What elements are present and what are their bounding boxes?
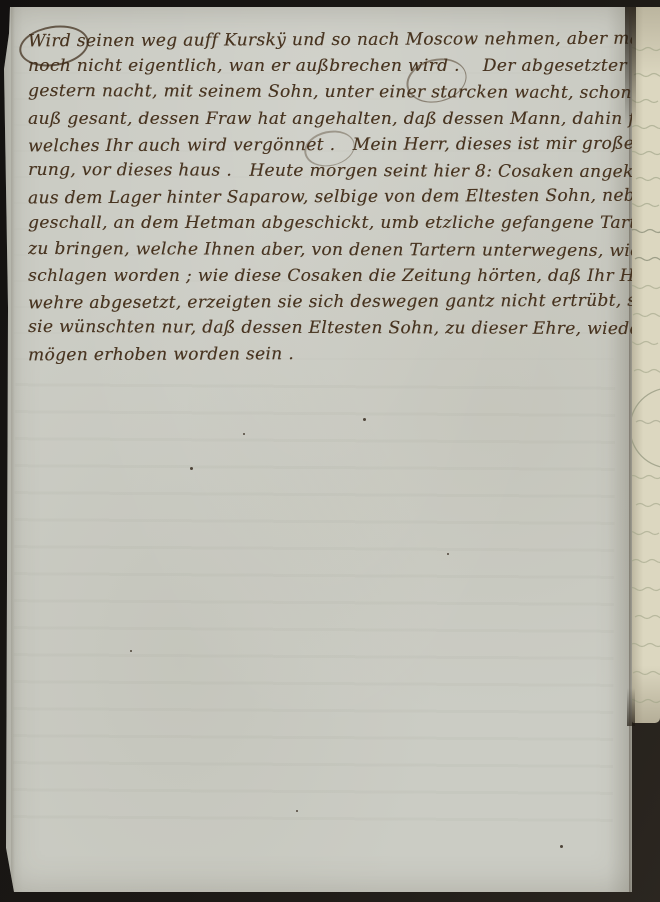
ink-speck: [130, 650, 132, 652]
text-line: schlagen worden ; wie diese Cosaken die …: [28, 263, 632, 289]
bleedthrough-lines: [13, 365, 616, 839]
text-line: gestern nacht, mit seinem Sohn, unter ei…: [28, 78, 632, 106]
ink-speck: [190, 467, 193, 470]
ink-speck: [296, 810, 298, 812]
ink-speck: [363, 418, 366, 421]
text-line: geschall, an dem Hetman abgeschickt, umb…: [28, 210, 632, 236]
text-line: sie wünschten nur, daß dessen Eltesten S…: [28, 314, 632, 342]
manuscript-page: Wird seinen weg auff Kurskÿ und so nach …: [4, 7, 632, 892]
text-line: zu bringen, welche Ihnen aber, von denen…: [28, 235, 632, 263]
text-line: Wird seinen weg auff Kurskÿ und so nach …: [28, 27, 632, 55]
page-edge: [629, 7, 632, 892]
text-line: noch nicht eigentlich, wan er außbrechen…: [28, 53, 632, 79]
ink-speck: [447, 553, 449, 555]
bleedthrough-circle: [632, 388, 660, 468]
adjacent-page-edge: [632, 7, 660, 723]
text-line: mögen erhoben worden sein .: [28, 340, 632, 369]
ink-speck: [560, 845, 563, 848]
text-line: aus dem Lager hinter Saparow, selbige vo…: [28, 183, 632, 212]
bleedthrough-squiggles: [632, 7, 660, 723]
ink-speck: [243, 433, 245, 435]
manuscript-scan: Wird seinen weg auff Kurskÿ und so nach …: [0, 0, 660, 902]
text-line: wehre abgesetzt, erzeigten sie sich desw…: [28, 288, 632, 317]
text-line: auß gesant, dessen Fraw hat angehalten, …: [28, 106, 632, 132]
handwritten-text-block: Wird seinen weg auff Kurskÿ und so nach …: [28, 27, 632, 377]
